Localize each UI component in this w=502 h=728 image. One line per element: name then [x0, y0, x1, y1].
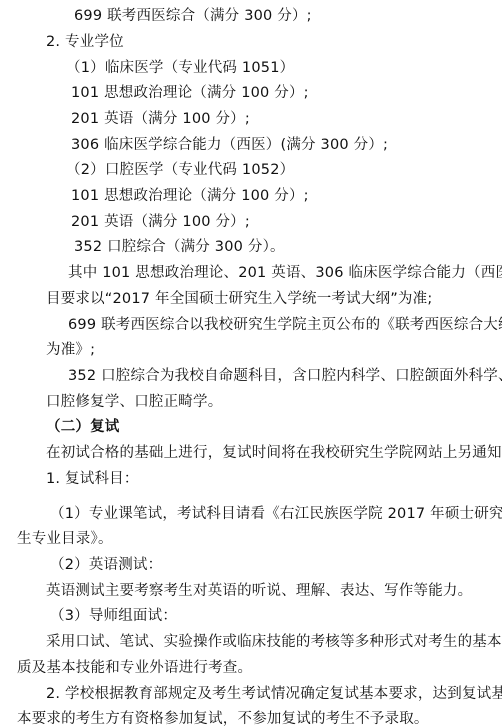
text-line: 201 英语（满分 100 分）;	[71, 110, 250, 128]
text-line: 在初试合格的基础上进行，复试时间将在我校研究生学院网站上另通知。	[46, 444, 502, 462]
text-line: 口腔修复学、口腔正畸学。	[46, 393, 222, 411]
text-line: （2）口腔医学（专业代码 1052）	[66, 161, 294, 179]
text-line: （1）临床医学（专业代码 1051）	[66, 59, 294, 77]
section-heading: （二）复试	[46, 418, 120, 436]
text-line: 2. 学校根据教育部规定及考生考试情况确定复试基本要求，达到复试基	[46, 685, 502, 703]
text-line: 352 口腔综合（满分 300 分）。	[74, 238, 285, 256]
text-line: 本要求的考生方有资格参加复试，不参加复试的考生不予录取。	[17, 710, 429, 728]
text-line: 101 思想政治理论（满分 100 分）;	[71, 84, 309, 102]
text-line: 306 临床医学综合能力（西医）(满分 300 分）;	[71, 136, 388, 154]
text-line: （1）专业课笔试，考试科目请看《右江民族医学院 2017 年硕士研究生招	[50, 505, 502, 523]
text-line: 目要求以“2017 年全国硕士研究生入学统一考试大纲”为准;	[46, 290, 432, 308]
text-line: 质及基本技能和专业外语进行考查。	[17, 659, 252, 677]
text-line: 699 联考西医综合以我校研究生学院主页公布的《联考西医综合大纲	[68, 316, 502, 334]
text-line: 699 联考西医综合（满分 300 分）;	[74, 7, 312, 25]
text-line: 其中 101 思想政治理论、201 英语、306 临床医学综合能力（西医）科	[68, 264, 502, 282]
text-line: 352 口腔综合为我校自命题科目，含口腔内科学、口腔颌面外科学、	[68, 367, 502, 385]
text-line: 生专业目录》。	[17, 530, 113, 548]
text-line: （2）英语测试：	[50, 556, 162, 574]
text-line: 英语测试主要考察考生对英语的听说、理解、表达、写作等能力。	[46, 582, 472, 600]
text-line: （3）导师组面试：	[50, 607, 177, 625]
text-line: 采用口试、笔试、实验操作或临床技能的考核等多种形式对考生的基本素	[46, 633, 502, 651]
text-line: 2. 专业学位	[46, 33, 124, 51]
text-line: 201 英语（满分 100 分）;	[71, 213, 250, 231]
text-line: 101 思想政治理论（满分 100 分）;	[71, 187, 309, 205]
text-line: 1. 复试科目：	[46, 470, 139, 488]
text-line: 为准》;	[46, 341, 95, 359]
